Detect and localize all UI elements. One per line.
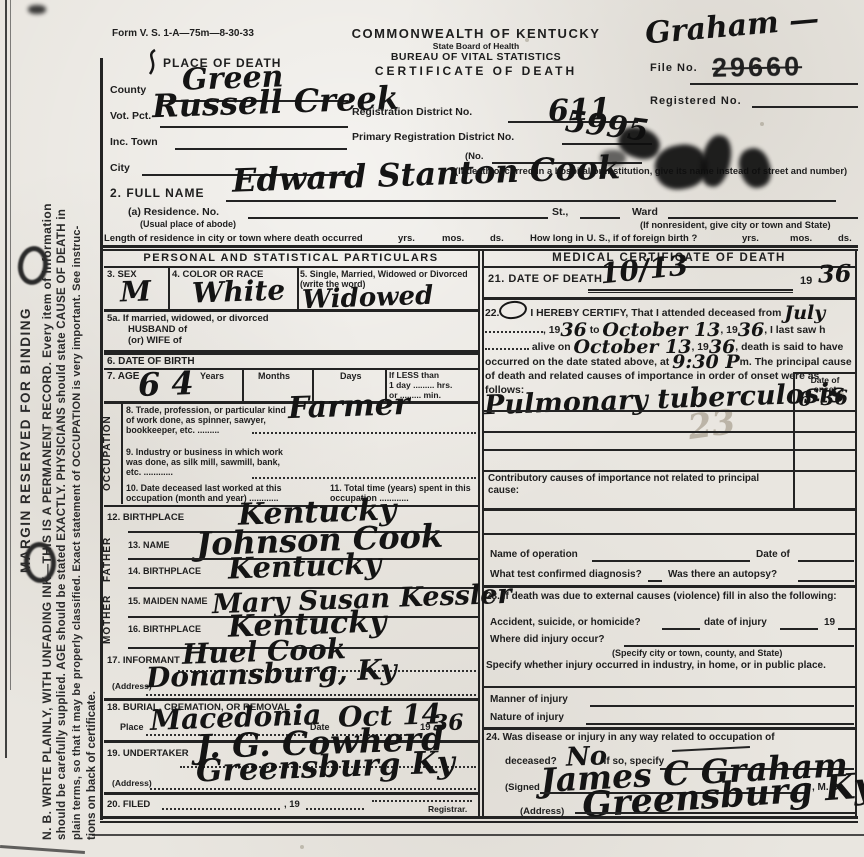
scan-edge-line-2 bbox=[10, 0, 11, 690]
personal-title: PERSONAL AND STATISTICAL PARTICULARS bbox=[104, 252, 478, 264]
m5a-rule-2 bbox=[104, 353, 478, 355]
test-line bbox=[648, 580, 662, 582]
birthplace-label: 12. BIRTHPLACE bbox=[107, 512, 184, 523]
accident-line bbox=[662, 628, 700, 630]
injury-date-line bbox=[780, 628, 818, 630]
certify-text-2a: , 19 bbox=[543, 325, 560, 336]
husband-of-label: HUSBAND of bbox=[128, 324, 187, 335]
yrs2-label: yrs. bbox=[742, 233, 759, 244]
undertaker-addr-value: Greensburg Ky bbox=[196, 747, 456, 787]
certify-text-2c: , 19 bbox=[720, 325, 737, 336]
injury-date-label: date of injury bbox=[704, 617, 767, 628]
st-label: St., bbox=[552, 206, 568, 218]
m5a-label: 5a. If married, widowed, or divorced bbox=[107, 313, 269, 324]
death-certificate-scan: MARGIN RESERVED FOR BINDING N. B. WRITE … bbox=[0, 0, 864, 857]
blank-dots bbox=[485, 338, 529, 350]
operation-date-line bbox=[798, 560, 854, 562]
margin-binding-text: MARGIN RESERVED FOR BINDING bbox=[18, 40, 33, 840]
occupation-dots-9 bbox=[252, 477, 476, 479]
certify-text-2b: to bbox=[590, 325, 600, 336]
column-divider bbox=[478, 249, 480, 816]
test-label: What test confirmed diagnosis? bbox=[490, 569, 642, 580]
ds2-label: ds. bbox=[838, 233, 852, 244]
informant-addr-value: Donansburg, Ky bbox=[146, 656, 398, 693]
full-name-value: Edward Stanton Cook bbox=[232, 151, 621, 197]
scan-bottom-curve bbox=[0, 845, 85, 853]
dod-line-2 bbox=[588, 292, 793, 293]
howlong-label: How long in U. S., if of foreign birth ? bbox=[530, 233, 697, 244]
margin-note-line3: plain terms, so that it may be properly … bbox=[71, 40, 83, 840]
ward-pre-line bbox=[580, 217, 620, 219]
occupation-box-divider bbox=[121, 401, 123, 504]
margin-note-line2: should be carefully supplied. AGE should… bbox=[56, 40, 68, 840]
informant-addr-dots bbox=[146, 694, 476, 696]
death-time-value: 9:30 P bbox=[672, 351, 740, 373]
dod-yr-pre: 19 bbox=[800, 275, 812, 287]
ink-stamp-smudge bbox=[697, 133, 735, 190]
undertaker-addr-dots bbox=[150, 788, 476, 790]
ink-mark-corner bbox=[28, 5, 46, 14]
less-than-1: If LESS than bbox=[389, 370, 439, 380]
registered-no-label: Registered No. bbox=[650, 95, 742, 107]
speck bbox=[48, 427, 53, 432]
certify-text-3d: , death is said bbox=[735, 342, 804, 353]
sex-cell-divider bbox=[168, 266, 170, 309]
margin-note-line1: N. B. WRITE PLAINLY, WITH UNFADING INK—T… bbox=[40, 40, 54, 840]
autopsy-label: Was there an autopsy? bbox=[668, 569, 777, 580]
mos-label: mos. bbox=[442, 233, 464, 244]
occupation-side-label: OCCUPATION bbox=[102, 402, 118, 504]
injury-19-label: 19 bbox=[824, 617, 835, 628]
specify-line bbox=[482, 686, 856, 688]
father-bp-label: 14. BIRTHPLACE bbox=[128, 566, 201, 576]
residence-line bbox=[248, 217, 548, 219]
filed-dots-2 bbox=[306, 808, 364, 810]
injury-19-line bbox=[838, 628, 856, 630]
bureau-subtitle: BUREAU OF VITAL STATISTICS bbox=[330, 51, 622, 63]
physician-addr-line bbox=[575, 812, 855, 814]
certify-text-3a: , I last saw h bbox=[764, 325, 825, 336]
operation-label: Name of operation bbox=[490, 549, 578, 560]
where-injury-line bbox=[624, 645, 854, 647]
certify-text-3b: alive on bbox=[532, 342, 571, 353]
manner-label: Manner of injury bbox=[490, 694, 568, 705]
dod-line-1 bbox=[588, 289, 793, 291]
ward-line bbox=[668, 217, 858, 219]
cause-line-4 bbox=[482, 470, 856, 472]
file-no-label: File No. bbox=[650, 62, 698, 74]
yrs-label: yrs. bbox=[398, 233, 415, 244]
where-injury-label: Where did injury occur? bbox=[490, 634, 604, 645]
manner-line bbox=[590, 705, 854, 707]
file-no-stamp: 29660 bbox=[712, 51, 803, 84]
margin-note-line4: tions on back of certificate. bbox=[86, 40, 98, 840]
signed-label: (Signed bbox=[505, 782, 540, 793]
scan-edge-line bbox=[5, 0, 7, 758]
autopsy-line bbox=[798, 580, 854, 582]
primary-reg-label: Primary Registration District No. bbox=[352, 131, 514, 143]
contrib-line-2 bbox=[482, 533, 856, 535]
race-cell-divider bbox=[297, 266, 299, 309]
blank-dots bbox=[485, 321, 543, 333]
nature-rule bbox=[482, 727, 856, 730]
filed-yr-pre: , 19 bbox=[284, 799, 300, 810]
undertaker-rule bbox=[104, 792, 478, 795]
specify-city-note: (Specify city or town, county, and State… bbox=[612, 648, 782, 658]
board-subtitle: State Board of Health bbox=[330, 41, 622, 51]
mos2-label: mos. bbox=[790, 233, 812, 244]
cause-line-1 bbox=[482, 410, 856, 412]
years-label: Years bbox=[200, 371, 224, 381]
cause-line-3 bbox=[482, 449, 856, 451]
nature-label: Nature of injury bbox=[490, 712, 564, 723]
ward-label: Ward bbox=[632, 206, 658, 218]
abode-note: (Usual place of abode) bbox=[140, 219, 236, 229]
certify-text-1: I HEREBY CERTIFY, That I attended deceas… bbox=[530, 308, 781, 319]
onset-date-value: 6-36 bbox=[798, 387, 849, 409]
burial-place-label: Place bbox=[120, 722, 144, 732]
race-value: White bbox=[192, 276, 286, 307]
file-no-line bbox=[690, 83, 858, 85]
form-number: Form V. S. 1-A—75m—8-30-33 bbox=[112, 28, 254, 39]
wife-of-label: (or) WIFE of bbox=[128, 335, 182, 346]
filed-dots-1 bbox=[162, 808, 280, 810]
date-of-death-label: 21. DATE OF DEATH bbox=[488, 273, 602, 285]
attended-from-month: July bbox=[784, 302, 825, 324]
handwritten-corner-name: Graham — bbox=[644, 4, 820, 49]
scan-bottom-line bbox=[92, 834, 864, 836]
age-value: 6 4 bbox=[137, 367, 194, 401]
vot-pct-label: Vot. Pct. bbox=[110, 110, 151, 122]
length-residence-label: Length of residence in city or town wher… bbox=[104, 233, 363, 244]
cause-line-2 bbox=[482, 431, 856, 433]
nature-line bbox=[586, 723, 854, 725]
operation-line bbox=[592, 560, 750, 562]
filed-dots-3 bbox=[372, 800, 472, 802]
nonresident-note: (If nonresident, give city or town and S… bbox=[640, 220, 831, 230]
full-name-line bbox=[226, 200, 836, 202]
contributory-label: Contributory causes of importance not re… bbox=[488, 473, 788, 496]
father-bp-value: Kentucky bbox=[228, 549, 382, 583]
speck bbox=[300, 845, 304, 849]
full-name-label: 2. FULL NAME bbox=[110, 186, 204, 200]
q24-label: 24. Was disease or injury in any way rel… bbox=[486, 732, 775, 743]
attended-to-year: 36 bbox=[738, 319, 764, 341]
pen-circle-mark bbox=[498, 299, 528, 321]
father-side-label: FATHER bbox=[102, 531, 118, 588]
months-label: Months bbox=[258, 371, 290, 381]
inc-town-line bbox=[175, 148, 347, 150]
certificate-title: CERTIFICATE OF DEATH bbox=[330, 64, 622, 78]
form-bottom-rule bbox=[100, 816, 858, 819]
speck bbox=[760, 122, 764, 126]
personal-title-rule bbox=[104, 266, 478, 268]
undertaker-addr-label: (Address) bbox=[112, 778, 152, 788]
specify-whether-label: Specify whether injury occurred in indus… bbox=[486, 660, 854, 672]
operation-date-label: Date of bbox=[756, 549, 790, 560]
certify-no: 22. bbox=[485, 308, 499, 319]
accident-label: Accident, suicide, or homicide? bbox=[490, 617, 641, 628]
ink-stamp-smudge bbox=[735, 144, 776, 191]
external-causes-label: 23. If death was due to external causes … bbox=[486, 591, 854, 603]
onset-box-top bbox=[793, 372, 855, 374]
father-name-label: 13. NAME bbox=[128, 540, 170, 550]
date-of-death-value: 10/13 bbox=[599, 251, 690, 288]
registrar-label: Registrar. bbox=[428, 804, 467, 814]
city-label: City bbox=[110, 162, 130, 174]
age-label: 7. AGE bbox=[107, 371, 139, 382]
sex-value: M bbox=[120, 277, 152, 306]
dod-rule bbox=[482, 297, 856, 300]
registered-no-line bbox=[752, 106, 858, 108]
county-label: County bbox=[110, 84, 146, 96]
certify-text-4b: m. bbox=[740, 357, 752, 368]
occupation-item9: 9. Industry or business in which work wa… bbox=[126, 447, 296, 478]
pen-mark bbox=[143, 48, 163, 76]
reg-district-label: Registration District No. bbox=[352, 106, 472, 118]
days-label: Days bbox=[340, 371, 362, 381]
vot-line bbox=[160, 126, 348, 128]
physician-addr-label: (Address) bbox=[520, 806, 564, 817]
age-div-1 bbox=[242, 368, 244, 401]
dod-yr-value: 36 bbox=[818, 261, 852, 286]
occupation-dots-8 bbox=[252, 432, 476, 434]
sex-row-rule bbox=[104, 309, 478, 312]
residence-label: (a) Residence. No. bbox=[128, 206, 219, 218]
test-rule bbox=[482, 585, 856, 588]
mother-name-label: 15. MAIDEN NAME bbox=[128, 596, 208, 606]
commonwealth-title: COMMONWEALTH OF KENTUCKY bbox=[330, 26, 622, 41]
inc-town-label: Inc. Town bbox=[110, 136, 158, 148]
mother-side-label: MOTHER bbox=[102, 589, 118, 650]
mother-bp-label: 16. BIRTHPLACE bbox=[128, 624, 201, 634]
ds-label: ds. bbox=[490, 233, 504, 244]
occupation-value: Farmer bbox=[288, 390, 411, 424]
undertaker-label: 19. UNDERTAKER bbox=[107, 748, 189, 759]
header-bottom-rule bbox=[100, 245, 858, 248]
filed-label: 20. FILED bbox=[107, 799, 150, 810]
agency-title-block: COMMONWEALTH OF KENTUCKY State Board of … bbox=[330, 26, 622, 78]
contrib-line-1 bbox=[482, 508, 856, 511]
form-bottom-rule-2 bbox=[100, 821, 858, 823]
